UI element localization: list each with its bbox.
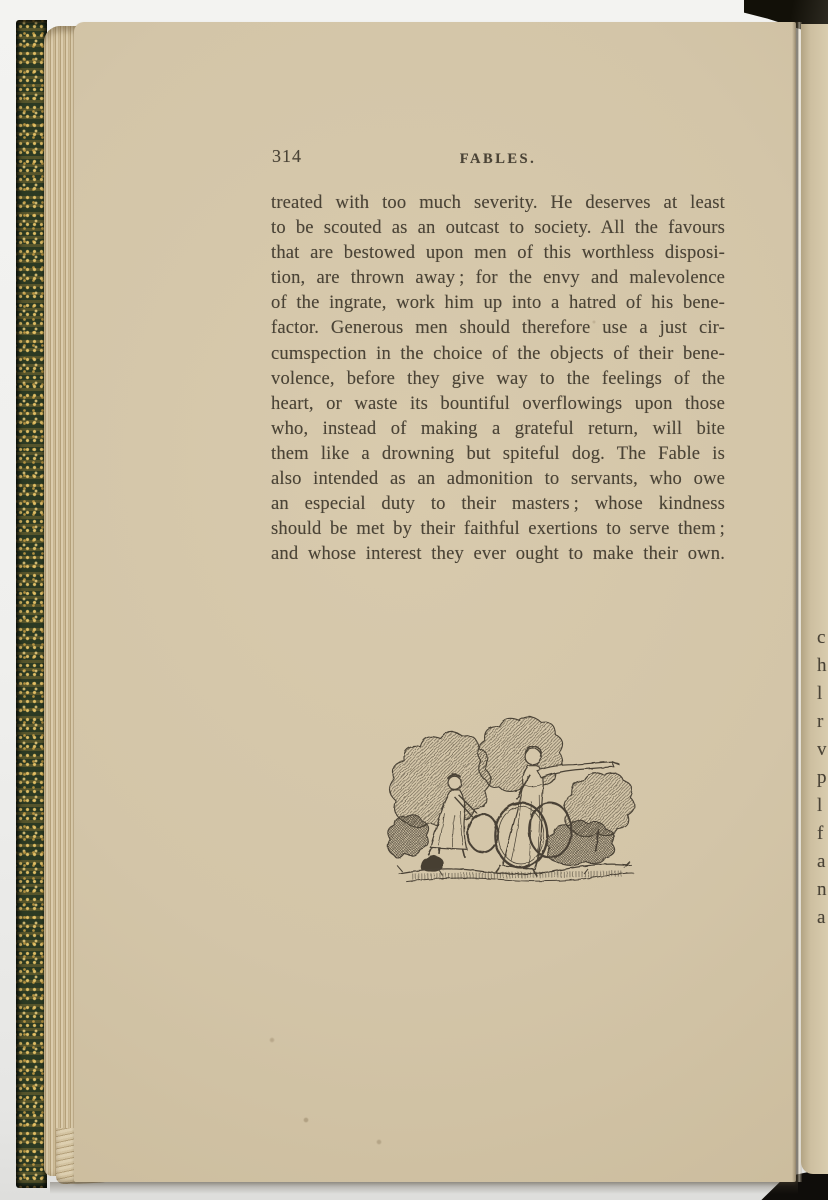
text-line: that are bestowed upon men of this worth… (271, 240, 725, 265)
edge-letter: n (817, 876, 828, 904)
running-header: FABLES. (272, 151, 724, 168)
text-line: also intended as an admonition to servan… (271, 466, 725, 491)
body-text: treated with too much severity. He deser… (271, 190, 725, 566)
book-photograph: 314 FABLES. treated with too much severi… (0, 0, 828, 1200)
facing-page-edge: chlrvplfana (801, 24, 828, 1174)
text-line: factor. Generous men should therefore us… (271, 315, 725, 340)
text-line: and whose interest they ever ought to ma… (271, 541, 725, 566)
edge-letter: c (817, 624, 828, 652)
book-spine-gilt-edge (16, 20, 47, 1188)
text-line: volence, before they give way to the fee… (271, 366, 725, 391)
book-page: 314 FABLES. treated with too much severi… (74, 22, 796, 1182)
text-line: cumspection in the choice of the objects… (271, 341, 725, 366)
edge-letter: a (817, 904, 828, 932)
text-line: should be met by their faithful exertion… (271, 516, 725, 541)
edge-letter: f (817, 820, 828, 848)
text-line: heart, or waste its bountiful overflowin… (271, 391, 725, 416)
edge-letter: v (817, 736, 828, 764)
page-drop-shadow (50, 1182, 798, 1194)
edge-letter: a (817, 848, 828, 876)
text-line: treated with too much severity. He deser… (271, 190, 725, 215)
vignette-illustration (382, 712, 644, 898)
text-line: tion, are thrown away ; for the envy and… (271, 265, 725, 290)
edge-letter: h (817, 652, 828, 680)
edge-letter: l (817, 792, 828, 820)
text-line: an especial duty to their masters ; whos… (271, 491, 725, 516)
edge-letter: p (817, 764, 828, 792)
text-line: of the ingrate, work him up into a hatre… (271, 290, 725, 315)
edge-letter: l (817, 680, 828, 708)
text-line: them like a drowning but spiteful dog. T… (271, 441, 725, 466)
text-line: who, instead of making a grateful return… (271, 416, 725, 441)
facing-page-clipped-text: chlrvplfana (817, 624, 828, 932)
text-line: to be scouted as an outcast to society. … (271, 215, 725, 240)
edge-letter: r (817, 708, 828, 736)
children-with-hoops-engraving (382, 712, 644, 898)
